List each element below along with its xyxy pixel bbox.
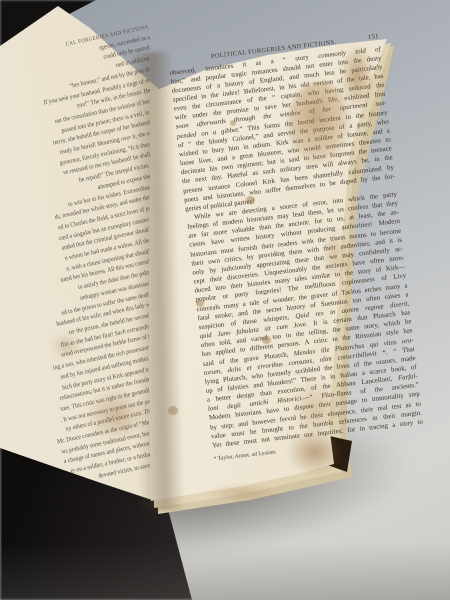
surface-vignette bbox=[0, 542, 450, 600]
book-photo: CAL FORGERIES AND FICTIONS.rgeries, succ… bbox=[0, 0, 450, 600]
foxing-stain bbox=[340, 44, 374, 108]
foxing-dot bbox=[262, 336, 271, 344]
foxing-stain bbox=[288, 430, 342, 474]
foxing-dot bbox=[246, 196, 255, 204]
foxing-dot bbox=[196, 300, 204, 307]
foxing-dot bbox=[168, 406, 178, 415]
foxing-dot bbox=[230, 120, 236, 126]
page-number: 151 bbox=[367, 33, 379, 41]
foxing-stain bbox=[288, 82, 350, 166]
foxing-stain bbox=[322, 228, 348, 282]
foxing-stain bbox=[86, 388, 146, 442]
foxing-stain bbox=[50, 332, 82, 360]
foxing-stain bbox=[206, 484, 280, 502]
